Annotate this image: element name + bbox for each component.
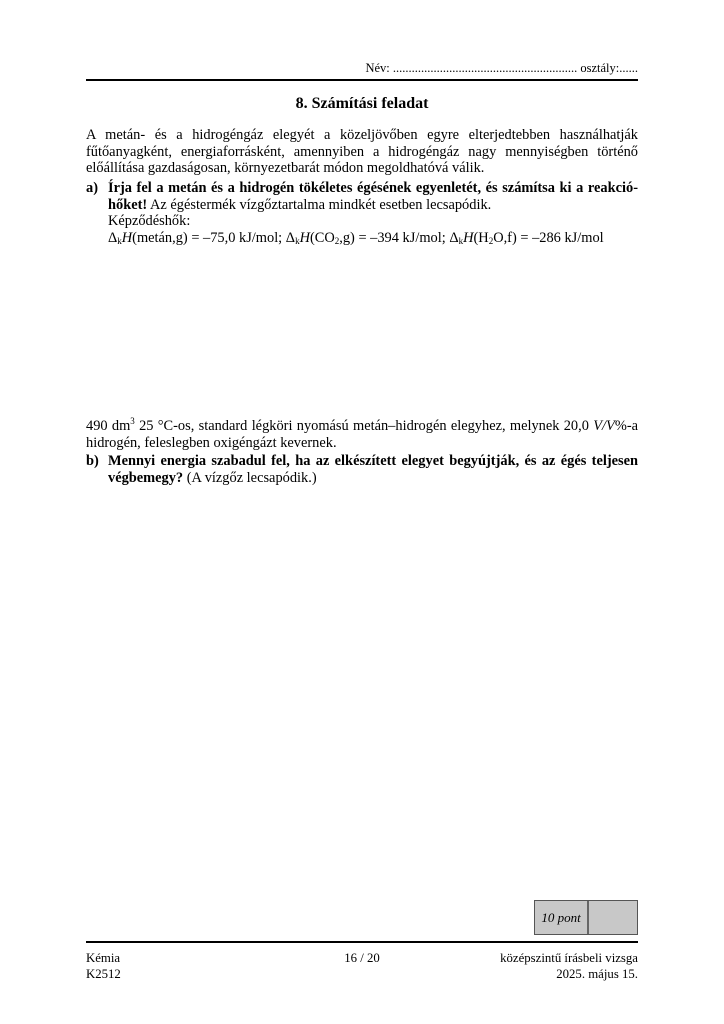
- footer-page: 16 / 20: [312, 950, 412, 966]
- part-a: a) Írja fel a metán és a hidrogén tökéle…: [86, 180, 638, 249]
- enthalpy-symbol: H: [122, 230, 132, 246]
- formation-heats-label: Képződéshők:: [108, 213, 638, 230]
- enthalpy-symbol: H: [300, 230, 310, 246]
- score-box: 10 pont: [534, 900, 638, 935]
- value-co2: = –394 kJ/mol;: [355, 230, 449, 246]
- footer-code: K2512: [86, 966, 121, 982]
- footer-right: középszintű írásbeli vizsga 2025. május …: [438, 950, 638, 982]
- score-earned-field[interactable]: [589, 901, 637, 934]
- part-b-question-rest: (A vízgőz lecsapódik.): [183, 470, 316, 486]
- footer-left: Kémia K2512: [86, 950, 121, 982]
- footer-exam-type: középszintű írásbeli vizsga: [438, 950, 638, 966]
- part-a-marker: a): [86, 180, 98, 197]
- species-co2: (CO: [310, 230, 335, 246]
- species-co2-state: ,g): [339, 230, 355, 246]
- species-h2o: (H: [474, 230, 489, 246]
- part-a-question: Írja fel a metán és a hidrogén tökéletes…: [108, 180, 638, 213]
- value-h2o: = –286 kJ/mol: [517, 230, 604, 246]
- answer-area-b[interactable]: [86, 495, 638, 890]
- footer-rule: [86, 941, 638, 943]
- score-max-label: 10 pont: [535, 901, 589, 934]
- delta-symbol: Δ: [108, 230, 117, 246]
- part-b-marker: b): [86, 453, 99, 470]
- value-methane: = –75,0 kJ/mol;: [188, 230, 286, 246]
- species-methane: (metán,g): [132, 230, 188, 246]
- mixture-description: 490 dm3 25 °C-os, standard légköri nyomá…: [86, 413, 638, 451]
- vv-unit: V/V: [593, 418, 615, 434]
- part-a-question-rest: Az égéstermék vízgőztartalma mindkét ese…: [147, 197, 491, 213]
- enthalpy-symbol: H: [463, 230, 473, 246]
- footer-subject: Kémia: [86, 950, 121, 966]
- formation-heats: ΔkH(metán,g) = –75,0 kJ/mol; ΔkH(CO2,g) …: [108, 230, 638, 250]
- answer-area-a[interactable]: [86, 255, 638, 405]
- delta-symbol: Δ: [286, 230, 295, 246]
- delta-symbol: Δ: [449, 230, 458, 246]
- task-title: 8. Számítási feladat: [86, 95, 638, 113]
- part-b: b) Mennyi energia szabadul fel, ha az el…: [86, 453, 638, 486]
- species-h2o-state: O,f): [493, 230, 517, 246]
- header-rule: [86, 79, 638, 81]
- footer-date: 2025. május 15.: [438, 966, 638, 982]
- volume-value: 490 dm: [86, 418, 130, 434]
- task-intro: A metán- és a hidrogéngáz elegyét a köze…: [86, 127, 638, 177]
- name-class-field: Név: ...................................…: [345, 61, 638, 76]
- intro-text: A metán- és a hidrogéngáz elegyét a köze…: [86, 127, 638, 177]
- mixture-text-1: 25 °C-os, standard légköri nyomású metán…: [135, 418, 593, 434]
